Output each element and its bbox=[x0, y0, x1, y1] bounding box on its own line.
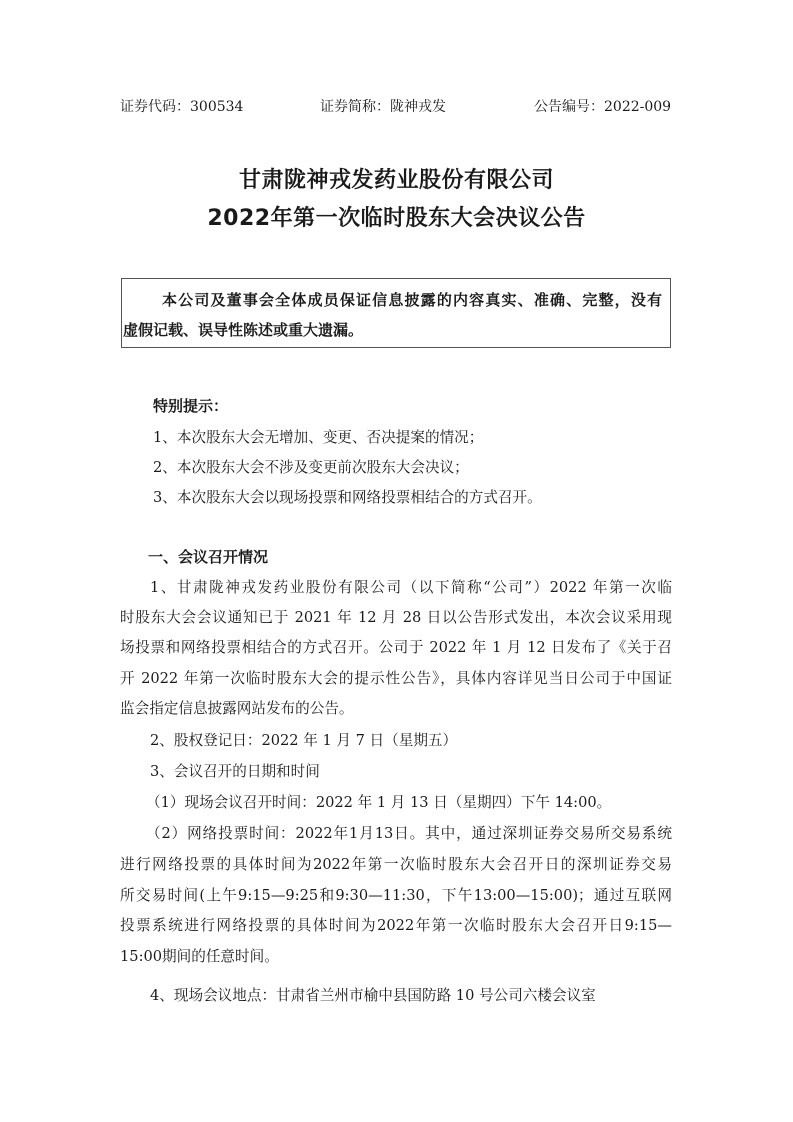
online-voting-line: 所交易时间(上午9:15—9:25和9:30—11:30，下午13:00—15:… bbox=[120, 885, 672, 907]
section-heading-meeting-info: 一、会议召开情况 bbox=[148, 546, 268, 568]
paragraph-line: 1、甘肃陇神戎发药业股份有限公司（以下简称“公司”）2022 年第一次临 bbox=[150, 577, 672, 599]
special-tips-heading: 特别提示： bbox=[153, 395, 228, 417]
paragraph-line: 监会指定信息披露网站发布的公告。 bbox=[120, 698, 354, 720]
meeting-location: 4、现场会议地点：甘肃省兰州市榆中县国防路 10 号公司六楼会议室 bbox=[150, 985, 596, 1007]
special-tip-item: 1、本次股东大会无增加、变更、否决提案的情况； bbox=[153, 427, 483, 449]
paragraph-line: 时股东大会会议通知已于 2021 年 12 月 28 日以公告形式发出，本次会议… bbox=[120, 607, 672, 629]
special-tip-item: 2、本次股东大会不涉及变更前次股东大会决议； bbox=[153, 457, 469, 479]
meeting-datetime-heading: 3、会议召开的日期和时间 bbox=[150, 761, 320, 783]
stock-code: 证券代码：300534 bbox=[120, 96, 243, 118]
online-voting-line: （2）网络投票时间：2022年1月13日。其中，通过深圳证券交易所交易系统 bbox=[146, 823, 672, 845]
online-voting-line: 15:00期间的任意时间。 bbox=[120, 946, 279, 968]
record-date: 2、股权登记日：2022 年 1 月 7 日（星期五） bbox=[150, 730, 457, 752]
online-voting-line: 投票系统进行网络投票的具体时间为2022年第一次临时股东大会召开日9:15— bbox=[120, 915, 672, 937]
onsite-meeting-time: （1）现场会议召开时间：2022 年 1 月 13 日（星期四）下午 14:00… bbox=[146, 792, 611, 814]
announcement-title: 2022年第一次临时股东大会决议公告 bbox=[0, 204, 793, 234]
document-page: 证券代码：300534 证券简称：陇神戎发 公告编号：2022-009 甘肃陇神… bbox=[0, 0, 793, 1122]
document-header: 证券代码：300534 证券简称：陇神戎发 公告编号：2022-009 bbox=[120, 96, 673, 118]
special-tip-item: 3、本次股东大会以现场投票和网络投票相结合的方式召开。 bbox=[153, 487, 542, 509]
paragraph-line: 开 2022 年第一次临时股东大会的提示性公告》，具体内容详见当日公司于中国证 bbox=[120, 668, 672, 690]
online-voting-line: 进行网络投票的具体时间为2022年第一次临时股东大会召开日的深圳证券交易 bbox=[120, 854, 672, 876]
company-title: 甘肃陇神戎发药业股份有限公司 bbox=[0, 166, 793, 196]
announcement-number: 公告编号：2022-009 bbox=[534, 96, 671, 118]
stock-abbreviation: 证券简称：陇神戎发 bbox=[320, 96, 446, 118]
paragraph-line: 场投票和网络投票相结合的方式召开。公司于 2022 年 1 月 12 日发布了《… bbox=[120, 637, 672, 659]
disclaimer-line-2: 虚假记载、误导性陈述或重大遗漏。 bbox=[123, 319, 363, 341]
disclaimer-line-1: 本公司及董事会全体成员保证信息披露的内容真实、准确、完整，没有 bbox=[162, 289, 662, 311]
